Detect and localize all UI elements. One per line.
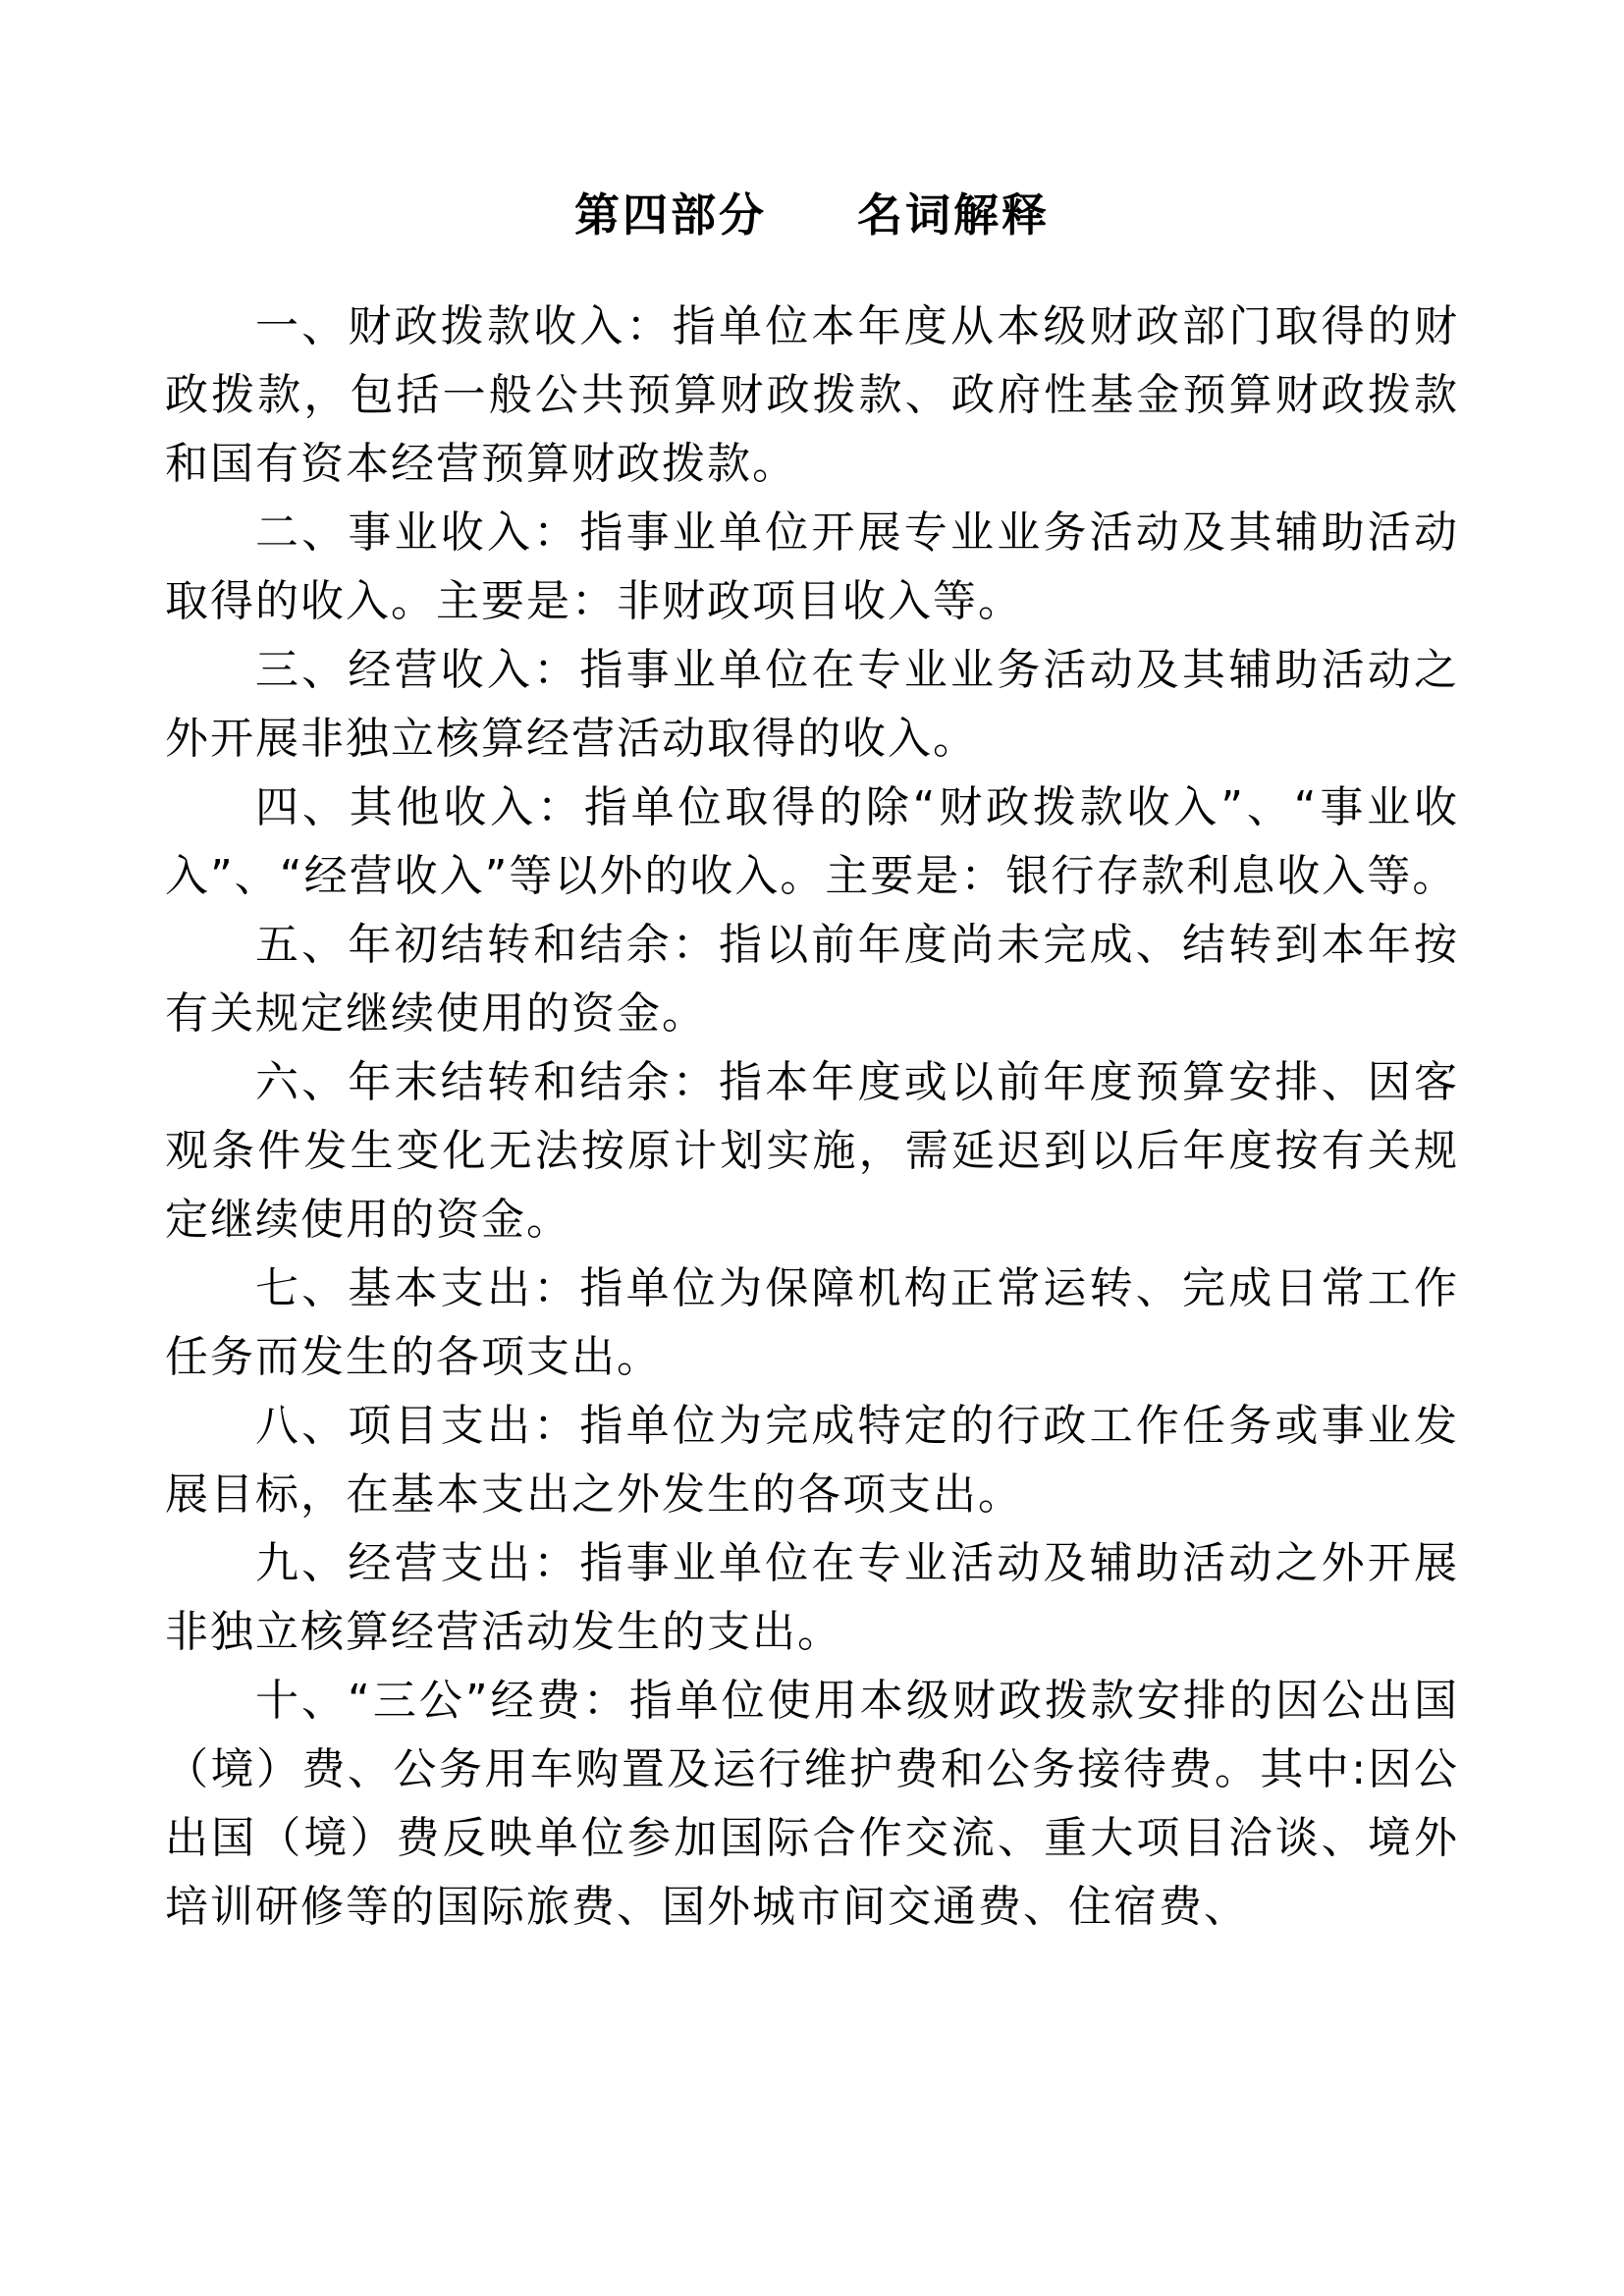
paragraph-term-2: 二、事业收入：指事业单位开展专业业务活动及其辅助活动取得的收入。主要是：非财政项… (165, 499, 1459, 636)
paragraph-term-10: 十、“三公”经费：指单位使用本级财政拨款安排的因公出国（境）费、公务用车购置及运… (165, 1667, 1459, 1942)
paragraph-term-6: 六、年末结转和结余：指本年度或以前年度预算安排、因客观条件发生变化无法按原计划实… (165, 1048, 1459, 1255)
paragraph-term-4: 四、其他收入：指单位取得的除“财政拨款收入”、“事业收入”、“经营收入”等以外的… (165, 774, 1459, 911)
document-page: 第四部分 名词解释 一、财政拨款收入：指单位本年度从本级财政部门取得的财政拨款，… (0, 0, 1624, 2296)
glossary-body: 一、财政拨款收入：指单位本年度从本级财政部门取得的财政拨款，包括一般公共预算财政… (165, 293, 1459, 1942)
section-title-part: 第四部分 (574, 185, 767, 245)
paragraph-term-9: 九、经营支出：指事业单位在专业活动及辅助活动之外开展非独立核算经营活动发生的支出… (165, 1529, 1459, 1667)
section-title-name: 名词解释 (857, 185, 1050, 245)
page-content: 第四部分 名词解释 一、财政拨款收入：指单位本年度从本级财政部门取得的财政拨款，… (165, 185, 1459, 1942)
section-title: 第四部分 名词解释 (165, 185, 1459, 245)
paragraph-term-3: 三、经营收入：指事业单位在专业业务活动及其辅助活动之外开展非独立核算经营活动取得… (165, 636, 1459, 774)
paragraph-term-8: 八、项目支出：指单位为完成特定的行政工作任务或事业发展目标，在基本支出之外发生的… (165, 1392, 1459, 1529)
paragraph-term-5: 五、年初结转和结余：指以前年度尚未完成、结转到本年按有关规定继续使用的资金。 (165, 911, 1459, 1048)
paragraph-term-1: 一、财政拨款收入：指单位本年度从本级财政部门取得的财政拨款，包括一般公共预算财政… (165, 293, 1459, 499)
paragraph-term-7: 七、基本支出：指单位为保障机构正常运转、完成日常工作任务而发生的各项支出。 (165, 1255, 1459, 1392)
